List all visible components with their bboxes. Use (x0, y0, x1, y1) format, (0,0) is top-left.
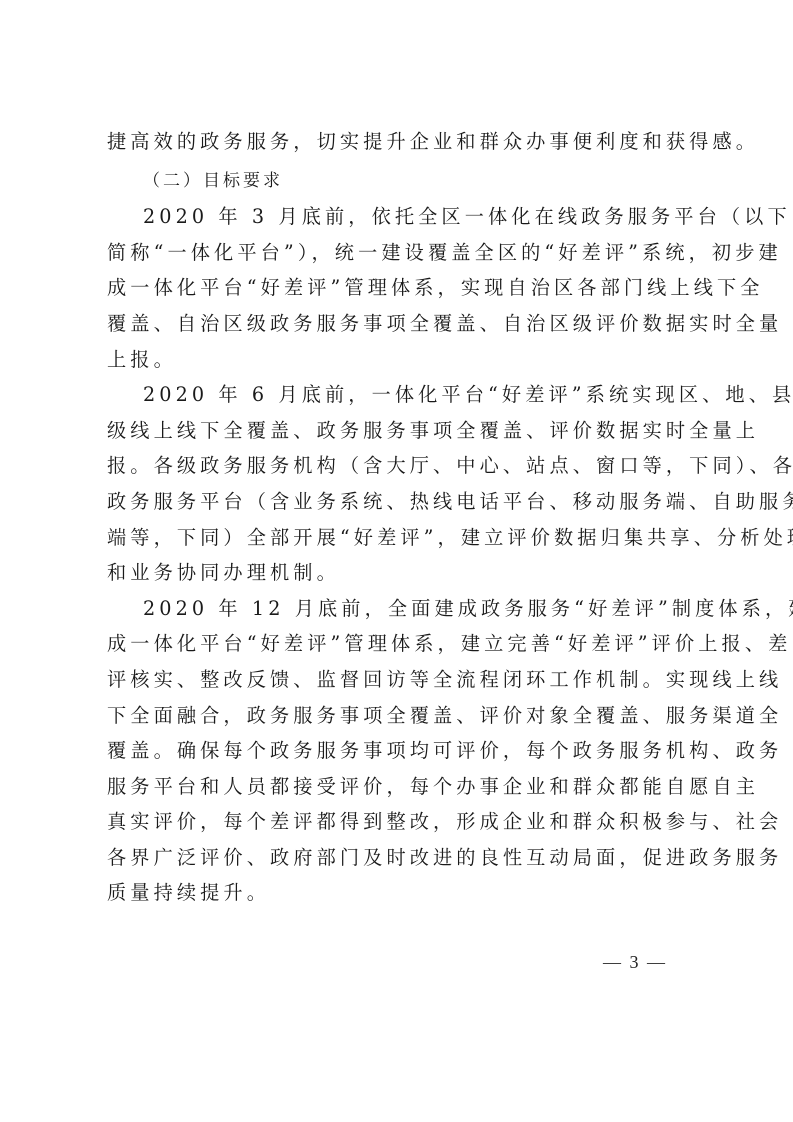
paragraph-line: 报。各级政务服务机构（含大厅、中心、站点、窗口等，下同）、各类 (107, 448, 687, 484)
paragraph-line: 和业务协同办理机制。 (107, 555, 687, 591)
paragraph-line: 捷高效的政务服务，切实提升企业和群众办事便利度和获得感。 (107, 124, 687, 160)
paragraph-line: 服务平台和人员都接受评价，每个办事企业和群众都能自愿自主 (107, 769, 687, 805)
paragraph-line: 各界广泛评价、政府部门及时改进的良性互动局面，促进政务服务 (107, 840, 687, 876)
paragraph-line: 下全面融合，政务服务事项全覆盖、评价对象全覆盖、服务渠道全 (107, 698, 687, 734)
paragraph-line: 2020 年 6 月底前，一体化平台“好差评”系统实现区、地、县三 (107, 377, 687, 413)
paragraph-line: 成一体化平台“好差评”管理体系，实现自治区各部门线上线下全 (107, 270, 687, 306)
paragraph-line: 真实评价，每个差评都得到整改，形成企业和群众积极参与、社会 (107, 804, 687, 840)
paragraph-line: 2020 年 12 月底前，全面建成政务服务“好差评”制度体系，建 (107, 591, 687, 627)
paragraph-line: 成一体化平台“好差评”管理体系，建立完善“好差评”评价上报、差 (107, 626, 687, 662)
section-heading: （二）目标要求 (107, 164, 687, 200)
paragraph-line: 简称“一体化平台”），统一建设覆盖全区的“好差评”系统，初步建 (107, 235, 687, 271)
paragraph-line: 覆盖。确保每个政务服务事项均可评价，每个政务服务机构、政务 (107, 733, 687, 769)
paragraph-line: 2020 年 3 月底前，依托全区一体化在线政务服务平台（以下 (107, 199, 687, 235)
page-number: — 3 — (603, 952, 683, 973)
paragraph-line: 上报。 (107, 342, 687, 378)
paragraph-line: 级线上线下全覆盖、政务服务事项全覆盖、评价数据实时全量上 (107, 413, 687, 449)
paragraph-line: 质量持续提升。 (107, 875, 687, 911)
paragraph-line: 政务服务平台（含业务系统、热线电话平台、移动服务端、自助服务 (107, 484, 687, 520)
paragraph-line: 端等，下同）全部开展“好差评”，建立评价数据归集共享、分析处理 (107, 520, 687, 556)
paragraph-line: 覆盖、自治区级政务服务事项全覆盖、自治区级评价数据实时全量 (107, 306, 687, 342)
paragraph-line: 评核实、整改反馈、监督回访等全流程闭环工作机制。实现线上线 (107, 662, 687, 698)
document-page: 捷高效的政务服务，切实提升企业和群众办事便利度和获得感。 （二）目标要求 202… (107, 124, 687, 911)
